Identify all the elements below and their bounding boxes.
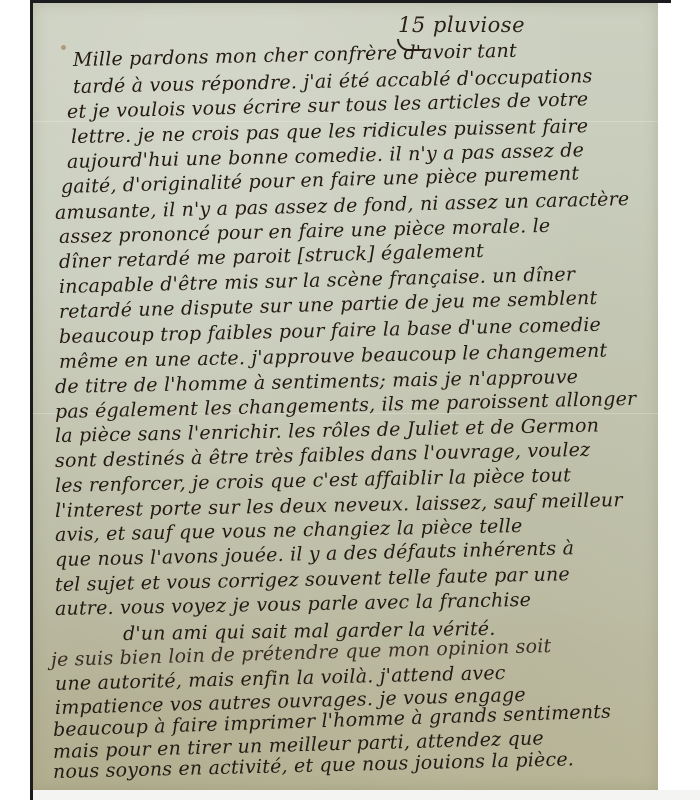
letter-body: Mille pardons mon cher confrère d'avoir … — [33, 3, 658, 790]
letter-line: Mille pardons mon cher confrère d'avoir … — [73, 40, 517, 71]
scan-bottom-margin — [33, 790, 700, 800]
letter-page: 15 pluviose Mille pardons mon cher confr… — [33, 3, 658, 790]
scan-canvas: 15 pluviose Mille pardons mon cher confr… — [0, 0, 700, 800]
